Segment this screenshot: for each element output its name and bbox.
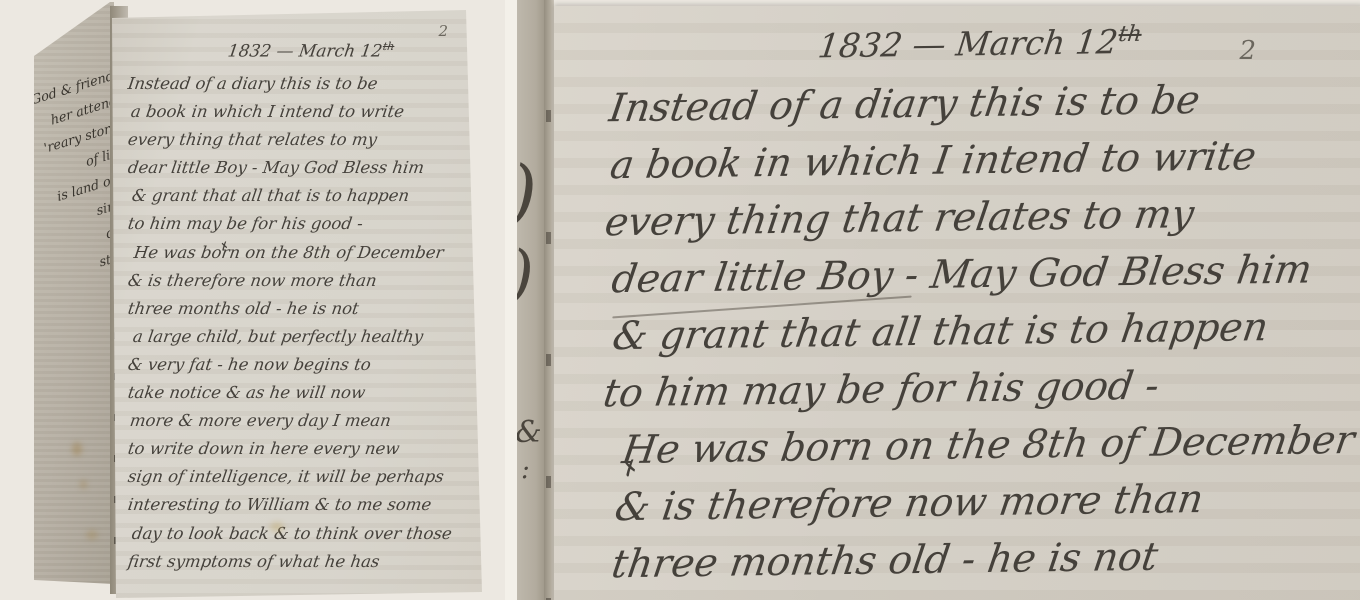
- entry-date-heading: 1832 — March 12th: [226, 40, 395, 62]
- gutter-mark: ): [517, 150, 537, 234]
- diary-text-detail: 1832 — March 12th Instead of a diary thi…: [604, 19, 1360, 594]
- facing-page-edge: ) ) , &. :: [517, 0, 544, 600]
- diary-line: every thing that relates to my: [601, 184, 1360, 252]
- notebook-photo: God & friend her attend, 'reary storms o…: [14, 2, 484, 598]
- ordinal-suffix: th: [1117, 22, 1143, 47]
- paper-stain: [72, 442, 82, 456]
- diary-line: sign of intelligence, it will be perhaps: [126, 463, 482, 491]
- diary-line: Instead of a diary this is to be: [126, 70, 482, 98]
- diary-line: & is therefore now more than: [611, 469, 1360, 537]
- diary-lines: Instead of a diary this is to be a book …: [605, 70, 1360, 594]
- diary-line: take notice & as he will now: [126, 379, 482, 407]
- diary-line: a large child, but perfectly healthy: [131, 323, 482, 351]
- diary-line: to write down in here every new: [126, 435, 482, 463]
- entry-date-heading: 1832 — March 12th: [816, 19, 1360, 66]
- diary-line: to him may be for his good -: [600, 355, 1360, 423]
- page-number: 2: [438, 22, 448, 40]
- gutter-mark: :: [521, 455, 530, 485]
- diary-line: to him may be for his good -: [126, 210, 482, 238]
- diary-line: a book in which I intend to write: [129, 98, 482, 126]
- entry-date-text: 1832 — March 12: [816, 22, 1120, 65]
- diary-line: Instead of a diary this is to be: [606, 70, 1360, 138]
- diary-line: He was born on the 8th of December: [618, 412, 1360, 480]
- paper-stain: [86, 530, 98, 540]
- diary-page: 2 1832 — March 12th ✗ Instead of a diary…: [110, 10, 482, 598]
- paper-stain: [270, 522, 284, 532]
- diary-line: every thing that relates to my: [126, 126, 482, 154]
- diary-line: dear little Boy - May God Bless him: [608, 241, 1360, 309]
- facing-page-fold: God & friend her attend, 'reary storms o…: [34, 2, 114, 584]
- diary-line: dear little Boy - May God Bless him: [126, 154, 482, 182]
- diary-line: & grant that all that is to happen: [130, 182, 482, 210]
- paper-stain: [80, 480, 87, 489]
- diary-line: three months old - he is not: [126, 295, 482, 323]
- diary-page-detail: 2 ✗ 1832 — March 12th Instead of a diary…: [554, 6, 1360, 600]
- diary-line: more & more every day I mean: [128, 407, 482, 435]
- book-gutter: [544, 0, 554, 600]
- diary-text: Instead of a diary this is to be a book …: [126, 70, 478, 576]
- gutter-mark: ): [517, 238, 534, 312]
- manuscript-detail-view: ) ) , &. : 2 ✗ 1832 — March 12th Instead…: [505, 0, 1360, 600]
- diary-line: & is therefore now more than: [126, 267, 482, 295]
- diary-line: & grant that all that is to happen: [609, 298, 1360, 366]
- diary-line: interesting to William & to me some: [126, 491, 482, 519]
- diary-line: three months old - he is not: [608, 526, 1360, 594]
- diary-line: & very fat - he now begins to: [126, 351, 482, 379]
- ordinal-suffix: th: [382, 40, 395, 53]
- entry-date-text: 1832 — March 12: [226, 42, 383, 62]
- diary-line: He was born on the 8th of December: [132, 239, 482, 267]
- page-edge-highlight: [505, 0, 517, 600]
- diary-line: first symptoms of what he has: [126, 548, 482, 576]
- diary-line: day to look back & to think over those: [130, 520, 482, 548]
- diary-line: a book in which I intend to write: [606, 127, 1360, 195]
- gutter-mark: &.: [517, 415, 544, 450]
